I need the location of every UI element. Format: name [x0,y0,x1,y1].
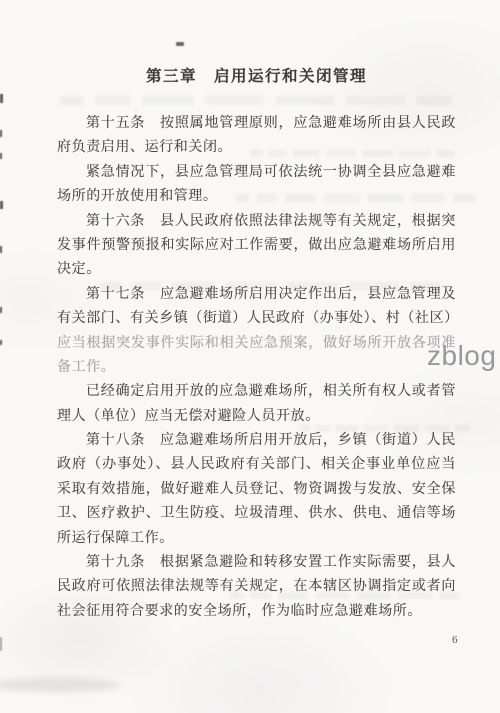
text-line: 发事件预警预报和实际应对工作需要，做出应急避难场所启用 [57,234,456,258]
scanned-document-page: 第三章 启用运行和关闭管理 第十五条 按照属地管理原则，应急避难场所由县人民政府… [0,0,500,713]
text-line: 政府（办事处）、县人民政府有关部门、相关企事业单位应当 [57,453,456,477]
scan-artifact-top-mark [176,42,184,46]
scan-edge-mark [0,637,2,651]
text-line: 有关部门、有关乡镇（街道）人民政府（办事处）、村（社区） [57,307,456,331]
text-line: 决定。 [57,258,456,282]
text-line: 第十八条 应急避难场所启用开放后，乡镇（街道）人民 [57,429,456,453]
scan-edge-mark [0,307,2,313]
text-line: 民政府可依照法律法规等有关规定，在本辖区协调指定或者向 [57,575,456,599]
scan-artifact-bottom-smudge [0,678,120,692]
text-line: 理人（单位）应当无偿对避险人员开放。 [57,405,456,429]
scan-edge-mark [0,130,2,137]
page-number: 6 [452,634,458,646]
text-line: 第十九条 根据紧急避险和转移安置工作实际需要，县人 [57,551,456,575]
body-text: 第十五条 按照属地管理原则，应急避难场所由县人民政府负责启用、运行和关闭。紧急情… [57,112,456,624]
text-line: 应当根据突发事件实际和相关应急预案，做好场所开放各项准 [57,332,456,356]
bleed-through-artifact [60,96,452,105]
text-line: 第十五条 按照属地管理原则，应急避难场所由县人民政 [57,112,456,136]
scan-edge-mark [0,201,3,209]
text-line: 紧急情况下，县应急管理局可依法统一协调全县应急避难 [57,161,456,185]
text-line: 场所的开放使用和管理。 [57,185,456,209]
text-line: 卫、医疗救护、卫生防疫、垃圾清理、供水、供电、通信等场 [57,502,456,526]
scan-edge-mark [0,340,2,345]
text-line: 第十七条 应急避难场所启用决定作出后，县应急管理及 [57,283,456,307]
text-line: 所运行保障工作。 [57,527,456,551]
chapter-title: 第三章 启用运行和关闭管理 [57,64,456,86]
scan-edge-mark [0,153,2,159]
scan-edge-mark [0,246,2,253]
text-line: 采取有效措施，做好避难人员登记、物资调拨与发放、安全保 [57,478,456,502]
text-line: 社会征用符合要求的安全场所，作为临时应急避难场所。 [57,600,456,624]
text-line: 府负责启用、运行和关闭。 [57,136,456,160]
watermark: zblog [427,342,496,370]
text-line: 备工作。 [57,356,456,380]
scan-edge-mark [0,94,3,103]
text-line: 第十六条 县人民政府依照法律法规等有关规定，根据突 [57,210,456,234]
text-line: 已经确定启用开放的应急避难场所，相关所有权人或者管 [57,380,456,404]
